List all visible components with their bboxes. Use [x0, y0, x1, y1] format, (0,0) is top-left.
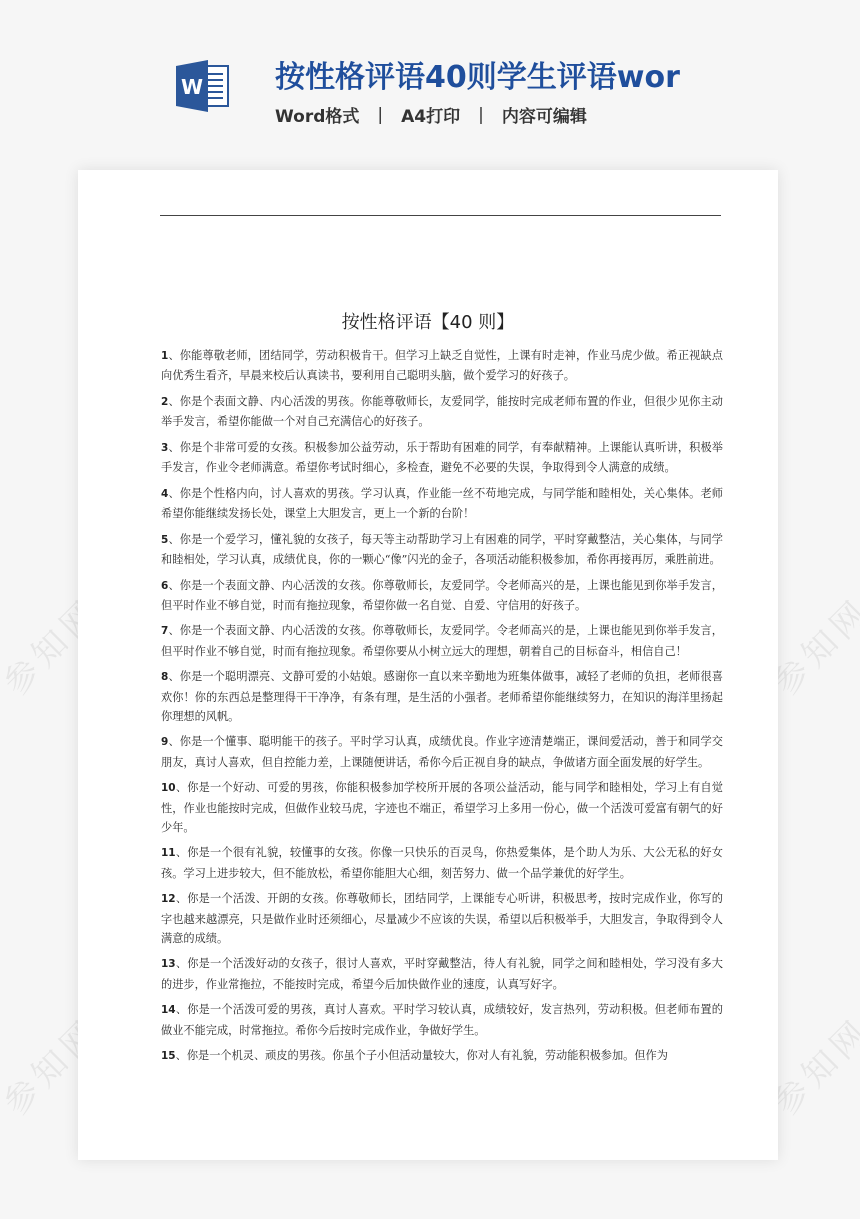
document-header: W 按性格评语40则学生评语wor Word格式 | A4打印 | 内容可编辑 [0, 0, 860, 170]
meta-format: Word格式 [275, 102, 359, 127]
comment-text: 、你是一个活泼可爱的男孩，真讨人喜欢。平时学习较认真，成绩较好，发言热列，劳动积… [161, 1003, 723, 1036]
comment-item: 3、你是个非常可爱的女孩。积极参加公益劳动，乐于帮助有困难的同学，有奉献精神。上… [161, 438, 723, 477]
word-icon-letter: W [181, 75, 203, 99]
comment-text: 、你是一个活泼好动的女孩子，很讨人喜欢，平时穿戴整洁，待人有礼貌，同学之间和睦相… [161, 957, 723, 990]
comment-item: 12、你是一个活泼、开朗的女孩。你尊敬师长，团结同学，上课能专心听讲，积极思考，… [161, 889, 723, 948]
document-title: 按性格评语40则学生评语wor [275, 52, 680, 96]
comment-text: 、你是一个活泼、开朗的女孩。你尊敬师长，团结同学，上课能专心听讲，积极思考，按时… [161, 892, 723, 944]
comment-number: 12 [161, 893, 176, 905]
comment-number: 14 [161, 1004, 176, 1016]
comment-text: 、你能尊敬老师，团结同学，劳动积极肯干。但学习上缺乏自觉性，上课有时走神，作业马… [161, 349, 723, 382]
comment-item: 8、你是一个聪明漂亮、文静可爱的小姑娘。感谢你一直以来辛勤地为班集体做事，减轻了… [161, 667, 723, 726]
comment-item: 7、你是一个表面文静、内心活泼的女孩。你尊敬师长，友爱同学。令老师高兴的是，上课… [161, 621, 723, 660]
comment-item: 13、你是一个活泼好动的女孩子，很讨人喜欢，平时穿戴整洁，待人有礼貌，同学之间和… [161, 954, 723, 993]
comment-text: 、你是一个机灵、顽皮的男孩。你虽个子小但活动量较大，你对人有礼貌，劳动能积极参加… [176, 1049, 668, 1062]
meta-editable: 内容可编辑 [502, 102, 587, 127]
comment-text: 、你是个表面文静、内心活泼的男孩。你能尊敬师长，友爱同学，能按时完成老师布置的作… [161, 395, 723, 428]
meta-separator: | [377, 105, 383, 125]
comment-list: 1、你能尊敬老师，团结同学，劳动积极肯干。但学习上缺乏自觉性，上课有时走神，作业… [161, 346, 723, 1073]
comment-text: 、你是个性格内向，讨人喜欢的男孩。学习认真，作业能一丝不苟地完成，与同学能和睦相… [161, 487, 723, 520]
comment-item: 9、你是一个懂事、聪明能干的孩子。平时学习认真，成绩优良。作业字迹清楚端正，课间… [161, 732, 723, 771]
comment-text: 、你是一个很有礼貌，较懂事的女孩。你像一只快乐的百灵鸟，你热爱集体，是个助人为乐… [161, 846, 723, 879]
comment-item: 5、你是一个爱学习，懂礼貌的女孩子，每天等主动帮助学习上有困难的同学，平时穿戴整… [161, 530, 723, 569]
document-page-preview[interactable]: 按性格评语【40 则】 1、你能尊敬老师，团结同学，劳动积极肯干。但学习上缺乏自… [78, 170, 778, 1160]
comment-item: 6、你是一个表面文静、内心活泼的女孩。你尊敬师长，友爱同学。令老师高兴的是，上课… [161, 576, 723, 615]
comment-item: 14、你是一个活泼可爱的男孩，真讨人喜欢。平时学习较认真，成绩较好，发言热列，劳… [161, 1000, 723, 1039]
comment-text: 、你是一个好动、可爱的男孩，你能积极参加学校所开展的各项公益活动，能与同学和睦相… [161, 781, 723, 833]
comment-item: 15、你是一个机灵、顽皮的男孩。你虽个子小但活动量较大，你对人有礼貌，劳动能积极… [161, 1046, 723, 1066]
comment-number: 11 [161, 847, 176, 859]
word-doc-icon: W [176, 60, 230, 112]
comment-item: 11、你是一个很有礼貌，较懂事的女孩。你像一只快乐的百灵鸟，你热爱集体，是个助人… [161, 843, 723, 882]
comment-item: 10、你是一个好动、可爱的男孩，你能积极参加学校所开展的各项公益活动，能与同学和… [161, 778, 723, 837]
comment-text: 、你是个非常可爱的女孩。积极参加公益劳动，乐于帮助有困难的同学，有奉献精神。上课… [161, 441, 723, 474]
page-heading: 按性格评语【40 则】 [78, 308, 778, 334]
comment-number: 13 [161, 958, 176, 970]
comment-number: 10 [161, 782, 176, 794]
comment-number: 15 [161, 1050, 176, 1062]
comment-text: 、你是一个表面文静、内心活泼的女孩。你尊敬师长，友爱同学。令老师高兴的是，上课也… [161, 624, 723, 657]
comment-text: 、你是一个爱学习，懂礼貌的女孩子，每天等主动帮助学习上有困难的同学，平时穿戴整洁… [161, 533, 723, 566]
comment-item: 1、你能尊敬老师，团结同学，劳动积极肯干。但学习上缺乏自觉性，上课有时走神，作业… [161, 346, 723, 385]
comment-text: 、你是一个懂事、聪明能干的孩子。平时学习认真，成绩优良。作业字迹清楚端正，课间爱… [161, 735, 723, 768]
comment-item: 4、你是个性格内向，讨人喜欢的男孩。学习认真，作业能一丝不苟地完成，与同学能和睦… [161, 484, 723, 523]
comment-item: 2、你是个表面文静、内心活泼的男孩。你能尊敬师长，友爱同学，能按时完成老师布置的… [161, 392, 723, 431]
document-meta: Word格式 | A4打印 | 内容可编辑 [275, 102, 587, 127]
comment-text: 、你是一个聪明漂亮、文静可爱的小姑娘。感谢你一直以来辛勤地为班集体做事，减轻了老… [161, 670, 723, 722]
comment-text: 、你是一个表面文静、内心活泼的女孩。你尊敬师长，友爱同学。令老师高兴的是，上课也… [161, 579, 723, 612]
header-rule [160, 215, 721, 216]
meta-separator: | [478, 105, 484, 125]
meta-print: A4打印 [401, 102, 460, 127]
